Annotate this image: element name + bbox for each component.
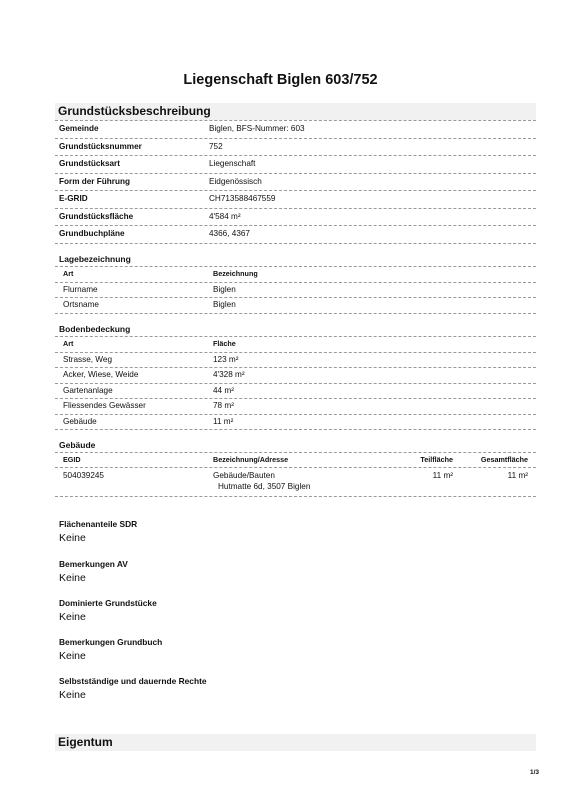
note-label: Bemerkungen AV bbox=[59, 559, 128, 569]
column-header: EGID bbox=[55, 453, 213, 467]
grundstuecksbeschreibung-table: GemeindeBiglen, BFS-Nummer: 603 Grundstü… bbox=[55, 120, 536, 244]
row-value: Biglen, BFS-Nummer: 603 bbox=[209, 121, 536, 138]
table-row: GemeindeBiglen, BFS-Nummer: 603 bbox=[55, 121, 536, 139]
note-value: Keine bbox=[59, 572, 128, 584]
building-type: Gebäude/Bauten bbox=[213, 470, 398, 481]
row-value: 4366, 4367 bbox=[209, 226, 536, 243]
table-row: E-GRIDCH713588467559 bbox=[55, 191, 536, 209]
column-header: Bezeichnung/Adresse bbox=[213, 453, 398, 467]
cell: Flurname bbox=[55, 283, 213, 298]
column-header: Gesamtfläche bbox=[453, 453, 536, 467]
gesamtflaeche-cell: 11 m² bbox=[453, 470, 536, 496]
table-row: GrundstücksartLiegenschaft bbox=[55, 156, 536, 174]
table-row: Acker, Wiese, Weide4'328 m² bbox=[55, 368, 536, 384]
lagebezeichnung-table: ArtBezeichnung FlurnameBiglen OrtsnameBi… bbox=[55, 266, 536, 314]
teilflaeche-cell: 11 m² bbox=[398, 470, 453, 496]
row-label: E-GRID bbox=[55, 191, 209, 208]
table-row: Grundbuchpläne4366, 4367 bbox=[55, 226, 536, 244]
cell: 123 m² bbox=[213, 353, 536, 368]
note-bemerkungen-av: Bemerkungen AV Keine bbox=[59, 559, 128, 584]
cell: Gebäude bbox=[55, 415, 213, 430]
row-value: 4'584 m² bbox=[209, 209, 536, 226]
row-label: Grundstücksfläche bbox=[55, 209, 209, 226]
cell: 4'328 m² bbox=[213, 368, 536, 383]
table-header-row: ArtFläche bbox=[55, 337, 536, 353]
cell: Biglen bbox=[213, 298, 536, 313]
table-header-row: ArtBezeichnung bbox=[55, 267, 536, 283]
table-row: 504039245 Gebäude/Bauten Hutmatte 6d, 35… bbox=[55, 468, 536, 497]
row-label: Grundbuchpläne bbox=[55, 226, 209, 243]
lagebezeichnung-heading: Lagebezeichnung bbox=[59, 254, 131, 264]
page-number: 1/3 bbox=[530, 769, 539, 776]
cell: Gartenanlage bbox=[55, 384, 213, 399]
bodenbedeckung-table: ArtFläche Strasse, Weg123 m² Acker, Wies… bbox=[55, 336, 536, 430]
row-label: Form der Führung bbox=[55, 174, 209, 191]
cell: 11 m² bbox=[213, 415, 536, 430]
row-label: Grundstücksart bbox=[55, 156, 209, 173]
column-header: Fläche bbox=[213, 337, 536, 352]
note-value: Keine bbox=[59, 650, 162, 662]
gebaeude-heading: Gebäude bbox=[59, 440, 95, 450]
section-header-eigentum: Eigentum bbox=[55, 734, 536, 751]
note-label: Bemerkungen Grundbuch bbox=[59, 637, 162, 647]
bodenbedeckung-heading: Bodenbedeckung bbox=[59, 324, 130, 334]
note-selbststaendige-rechte: Selbstständige und dauernde Rechte Keine bbox=[59, 676, 207, 701]
cell: Ortsname bbox=[55, 298, 213, 313]
row-value: Eidgenössisch bbox=[209, 174, 536, 191]
cell: 78 m² bbox=[213, 399, 536, 414]
column-header: Bezeichnung bbox=[213, 267, 536, 282]
note-value: Keine bbox=[59, 532, 137, 544]
note-label: Dominierte Grundstücke bbox=[59, 598, 157, 608]
cell: Fliessendes Gewässer bbox=[55, 399, 213, 414]
building-address: Hutmatte 6d, 3507 Biglen bbox=[213, 481, 398, 492]
column-header: Art bbox=[55, 337, 213, 352]
row-value: 752 bbox=[209, 139, 536, 156]
note-bemerkungen-grundbuch: Bemerkungen Grundbuch Keine bbox=[59, 637, 162, 662]
row-label: Gemeinde bbox=[55, 121, 209, 138]
table-row: Gartenanlage44 m² bbox=[55, 384, 536, 400]
cell: Biglen bbox=[213, 283, 536, 298]
table-row: Fliessendes Gewässer78 m² bbox=[55, 399, 536, 415]
table-row: Strasse, Weg123 m² bbox=[55, 353, 536, 369]
note-value: Keine bbox=[59, 689, 207, 701]
note-label: Flächenanteile SDR bbox=[59, 519, 137, 529]
table-row: OrtsnameBiglen bbox=[55, 298, 536, 314]
gebaeude-table: EGID Bezeichnung/Adresse Teilfläche Gesa… bbox=[55, 452, 536, 497]
section-header-grundstuecksbeschreibung: Grundstücksbeschreibung bbox=[55, 103, 536, 120]
bezeichnung-cell: Gebäude/Bauten Hutmatte 6d, 3507 Biglen bbox=[213, 470, 398, 496]
table-row: Grundstücksnummer752 bbox=[55, 139, 536, 157]
note-value: Keine bbox=[59, 611, 157, 623]
table-row: Form der FührungEidgenössisch bbox=[55, 174, 536, 192]
egid-cell: 504039245 bbox=[55, 470, 213, 496]
table-row: FlurnameBiglen bbox=[55, 283, 536, 299]
cell: Acker, Wiese, Weide bbox=[55, 368, 213, 383]
row-value: Liegenschaft bbox=[209, 156, 536, 173]
row-label: Grundstücksnummer bbox=[55, 139, 209, 156]
note-flaechenanteile-sdr: Flächenanteile SDR Keine bbox=[59, 519, 137, 544]
table-row: Grundstücksfläche4'584 m² bbox=[55, 209, 536, 227]
document-title: Liegenschaft Biglen 603/752 bbox=[0, 72, 561, 88]
note-dominierte-grundstuecke: Dominierte Grundstücke Keine bbox=[59, 598, 157, 623]
column-header: Art bbox=[55, 267, 213, 282]
column-header: Teilfläche bbox=[398, 453, 453, 467]
note-label: Selbstständige und dauernde Rechte bbox=[59, 676, 207, 686]
cell: Strasse, Weg bbox=[55, 353, 213, 368]
table-header-row: EGID Bezeichnung/Adresse Teilfläche Gesa… bbox=[55, 453, 536, 468]
table-row: Gebäude11 m² bbox=[55, 415, 536, 431]
row-value: CH713588467559 bbox=[209, 191, 536, 208]
cell: 44 m² bbox=[213, 384, 536, 399]
